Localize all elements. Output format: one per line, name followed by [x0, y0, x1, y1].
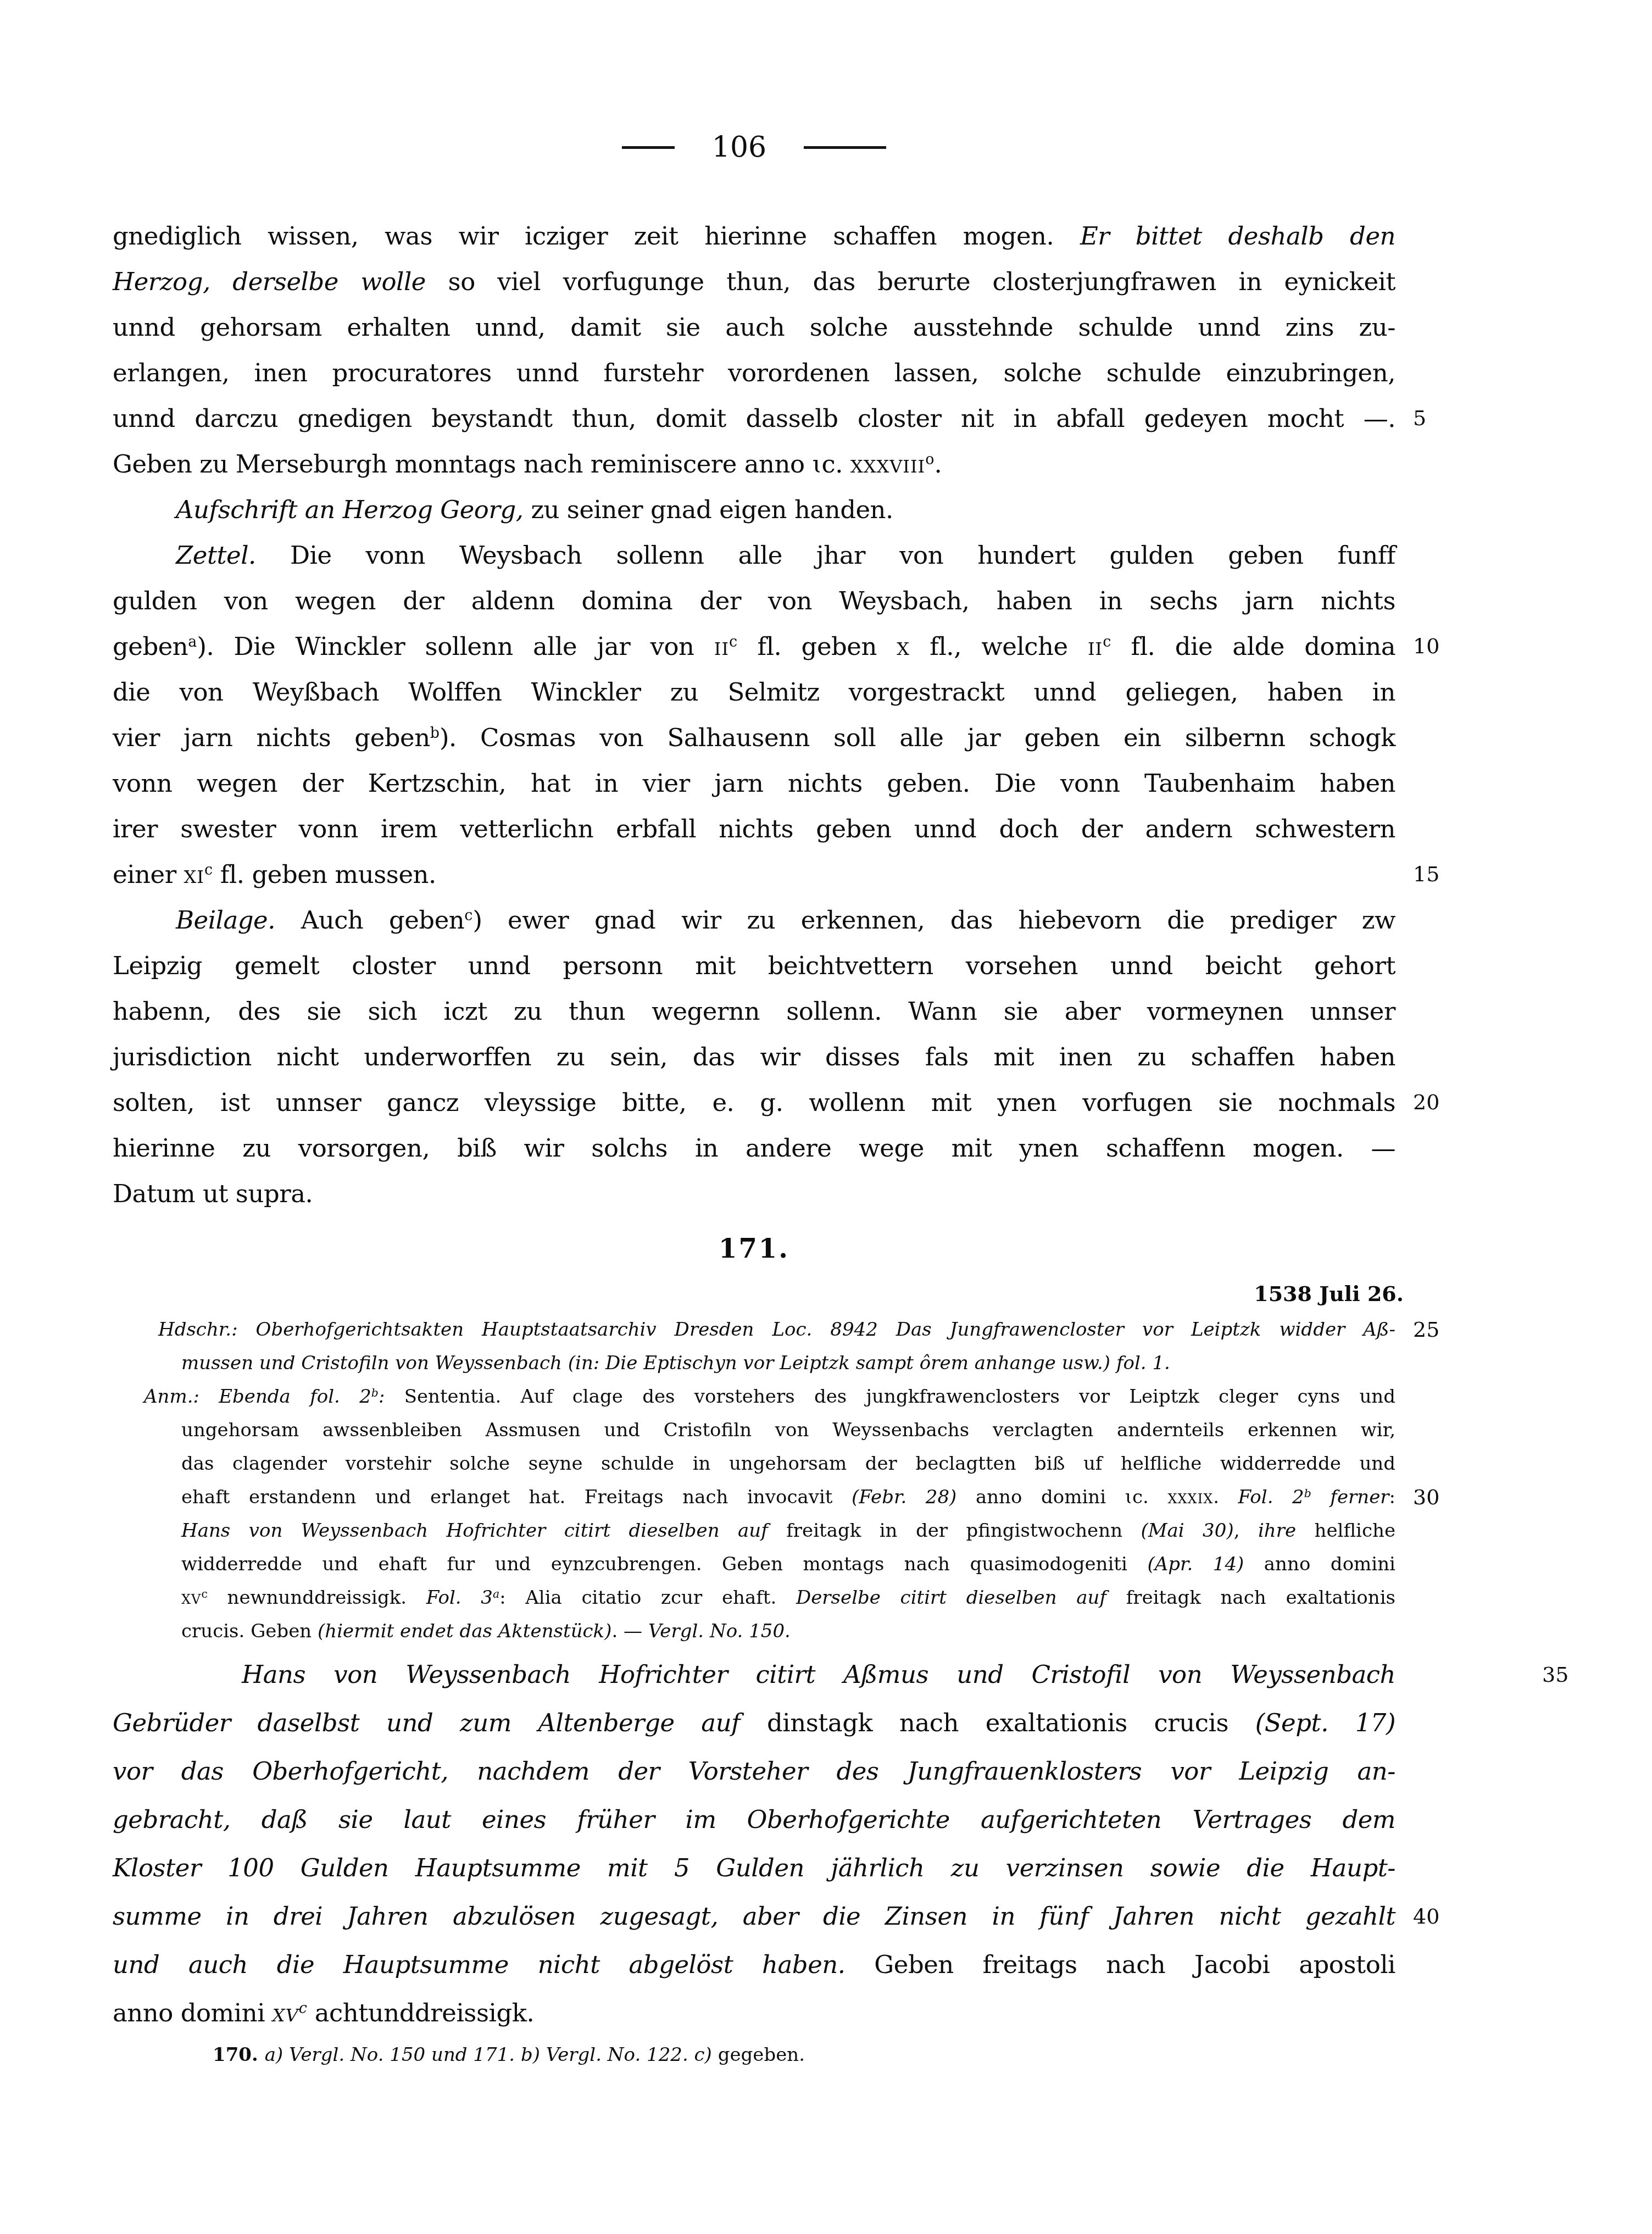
text-line: crucis. Geben (hiermit endet das Aktenst… — [181, 1615, 1395, 1648]
text-segment: (Febr. 28) — [852, 1486, 956, 1508]
text-segment: xv — [181, 1587, 201, 1609]
text-segment: gegeben. — [718, 2044, 805, 2066]
text-segment: Zettel. — [176, 541, 290, 570]
text-segment: habenn, des sie sich iczt zu thun wegern… — [113, 997, 1395, 1026]
text-line: irer swester vonn irem vetterlichn erbfa… — [113, 806, 1395, 852]
text-segment: vonn wegen der Kertzschin, hat in vier j… — [113, 769, 1395, 798]
text-line: habenn, des sie sich iczt zu thun wegern… — [113, 988, 1395, 1034]
text-segment: b — [371, 1386, 379, 1399]
text-line: xvc newnunddreissigk. Fol. 3a: Alia cita… — [181, 1581, 1395, 1615]
text-line: Hans von Weyssenbach Hofrichter citirt d… — [181, 1514, 1395, 1548]
text-segment: (Mai 30) — [1141, 1520, 1233, 1542]
text-line: gebena). Die Winckler sollenn alle jar v… — [113, 624, 1395, 669]
text-line: hierinne zu vorsorgen, biß wir solchs in… — [113, 1125, 1395, 1171]
text-segment: einer — [113, 860, 183, 889]
text-line: gnediglich wissen, was wir icziger zeit … — [113, 213, 1395, 259]
text-line: Beilage. Auch gebenc) ewer gnad wir zu e… — [113, 897, 1395, 943]
header-rule-right — [804, 146, 886, 149]
text-segment: ferner — [1311, 1486, 1389, 1508]
text-line: erlangen, inen procuratores unnd fursteh… — [113, 350, 1395, 396]
text-line: Hdschr.: Oberhofgerichtsakten Hauptstaat… — [158, 1313, 1395, 1347]
text-segment: x — [897, 632, 910, 661]
text-segment: unnd gehorsam erhalten unnd, damit sie a… — [113, 313, 1395, 342]
text-segment: o — [925, 451, 934, 468]
text-segment: a — [188, 633, 197, 651]
text-segment: freitagk in der pfingistwochenn — [786, 1520, 1141, 1542]
text-segment: c — [464, 907, 472, 924]
text-segment: Fol. 3 — [426, 1587, 493, 1609]
text-line: Kloster 100 Gulden Hauptsumme mit 5 Guld… — [113, 1844, 1395, 1892]
text-segment: ). Cosmas von Salhausenn soll alle jar g… — [440, 723, 1395, 752]
text-segment: anno domini — [113, 1998, 272, 2027]
entry-171-summary-text: Hans von Weyssenbach Hofrichter citirt A… — [113, 1651, 1395, 2037]
text-segment: Datum ut supra. — [113, 1179, 313, 1208]
text-segment: Derselbe citirt dieselben auf — [796, 1587, 1126, 1609]
text-segment: vier jarn nichts geben — [113, 723, 430, 752]
running-head: 106 — [113, 131, 1395, 164]
text-segment: , — [1234, 1520, 1258, 1542]
text-segment: das clagender vorstehir solche seyne sch… — [181, 1453, 1395, 1475]
text-line: gulden von wegen der aldenn domina der v… — [113, 578, 1395, 624]
text-segment: geben — [113, 632, 188, 661]
text-line: gebracht, daß sie laut eines früher im O… — [113, 1796, 1395, 1844]
margin-line-number: 5 — [1413, 396, 1426, 441]
text-segment: ) ewer gnad wir zu erkennen, das hiebevo… — [472, 905, 1395, 935]
text-line: die von Weyßbach Wolffen Winckler zu Sel… — [113, 669, 1395, 715]
text-segment: fl. die alde domina — [1111, 632, 1395, 661]
text-segment: fl. geben mussen. — [213, 860, 436, 889]
text-segment: mussen und Cristofiln von Weyssenbach (i… — [181, 1352, 1170, 1374]
text-line: einer xic fl. geben mussen.15 — [113, 852, 1395, 897]
margin-line-number: 25 — [1413, 1313, 1439, 1347]
text-segment: 170. — [213, 2044, 265, 2066]
text-segment: Sententia. Auf clage des vorstehers des … — [404, 1386, 1395, 1408]
margin-line-number: 40 — [1413, 1892, 1439, 1941]
text-segment: b — [1304, 1487, 1311, 1500]
text-segment: ehaft erstandenn und erlanget hat. Freit… — [181, 1486, 852, 1508]
text-segment: Er bittet deshalb den — [1080, 221, 1395, 251]
text-segment: summe in drei Jahren abzulösen zugesagt,… — [113, 1902, 1395, 1931]
doc-170-footnotes: 170. a) Vergl. No. 150 und 171. b) Vergl… — [113, 2038, 1395, 2071]
text-line: Anm.: Ebenda fol. 2b: Sententia. Auf cla… — [144, 1380, 1395, 1414]
text-segment: c — [204, 862, 213, 879]
text-segment: jurisdiction nicht underworffen zu sein,… — [113, 1042, 1395, 1071]
text-segment: newnunddreissigk. — [208, 1587, 426, 1609]
text-line: Hans von Weyssenbach Hofrichter citirt A… — [113, 1651, 1395, 1699]
text-line: 170. a) Vergl. No. 150 und 171. b) Vergl… — [213, 2038, 1395, 2071]
text-line: das clagender vorstehir solche seyne sch… — [181, 1447, 1395, 1481]
margin-line-number: 15 — [1413, 852, 1439, 897]
text-segment: anno domini ɩc. — [956, 1486, 1167, 1508]
text-line: vier jarn nichts gebenb). Cosmas von Sal… — [113, 715, 1395, 760]
margin-line-number: 10 — [1413, 624, 1439, 669]
text-segment: ungehorsam awssenbleiben Assmusen und Cr… — [181, 1419, 1395, 1441]
doc-170-body-text: gnediglich wissen, was wir icziger zeit … — [113, 213, 1395, 1216]
text-line: vor das Oberhofgericht, nachdem der Vors… — [113, 1747, 1395, 1796]
text-segment: (Sept. 17) — [1255, 1708, 1395, 1737]
text-segment: unnd darczu gnedigen beystandt thun, dom… — [113, 404, 1395, 433]
text-segment: irer swester vonn irem vetterlichn erbfa… — [113, 814, 1395, 843]
text-segment: Beilage. — [176, 905, 301, 935]
text-line: mussen und Cristofiln von Weyssenbach (i… — [181, 1347, 1395, 1380]
scanned-book-page: 106 gnediglich wissen, was wir icziger z… — [0, 0, 1652, 2234]
text-segment: Hans von Weyssenbach Hofrichter citirt d… — [181, 1520, 786, 1542]
text-line: Zettel. Die vonn Weysbach sollenn alle j… — [113, 532, 1395, 578]
text-line: Geben zu Merseburgh monntags nach remini… — [113, 441, 1395, 487]
text-segment: widderredde und ehaft fur und eynzcubren… — [181, 1553, 1147, 1575]
text-segment: helfliche — [1296, 1520, 1395, 1542]
text-segment: c — [299, 2000, 307, 2017]
text-segment: : — [379, 1386, 404, 1408]
text-line: anno domini xvc achtunddreissigk. — [113, 1989, 1395, 2037]
text-segment: xv — [272, 1998, 299, 2027]
text-segment: Fol. 2 — [1238, 1486, 1304, 1508]
text-segment: ii — [1088, 632, 1103, 661]
text-line: widderredde und ehaft fur und eynzcubren… — [181, 1548, 1395, 1581]
text-segment: (hiermit endet das Aktenstück) — [318, 1620, 611, 1642]
text-segment: ). Die Winckler sollenn alle jar von — [197, 632, 714, 661]
text-segment: die von Weyßbach Wolffen Winckler zu Sel… — [113, 677, 1395, 707]
text-segment: xi — [183, 860, 204, 889]
text-segment: Auch geben — [301, 905, 465, 935]
text-line: vonn wegen der Kertzschin, hat in vier j… — [113, 760, 1395, 806]
text-segment: ii — [714, 632, 729, 661]
text-line: ungehorsam awssenbleiben Assmusen und Cr… — [181, 1414, 1395, 1447]
text-segment: Die vonn Weysbach sollenn alle jhar von … — [290, 541, 1395, 570]
text-segment: c — [729, 633, 737, 651]
text-segment: . — [935, 449, 942, 479]
text-segment: Hans von Weyssenbach Hofrichter citirt A… — [242, 1660, 1395, 1689]
text-segment: vor das Oberhofgericht, nachdem der Vors… — [113, 1757, 1395, 1786]
text-segment: so viel vorfugunge thun, das berurte clo… — [448, 267, 1395, 296]
text-line: summe in drei Jahren abzulösen zugesagt,… — [113, 1892, 1395, 1941]
text-segment: und auch die Hauptsumme nicht abgelöst h… — [113, 1950, 874, 1979]
text-line: solten, ist unnser gancz vleyssige bitte… — [113, 1080, 1395, 1125]
text-segment: a) Vergl. No. 150 und 171. b) Vergl. No.… — [265, 2044, 718, 2066]
text-line: unnd gehorsam erhalten unnd, damit sie a… — [113, 304, 1395, 350]
text-segment: : — [1389, 1486, 1395, 1508]
header-rule-left — [622, 146, 675, 149]
text-segment: Hdschr.: Oberhofgerichtsakten Hauptstaat… — [158, 1319, 1395, 1341]
text-segment: crucis. Geben — [181, 1620, 318, 1642]
text-segment: . — — [611, 1620, 648, 1642]
text-line: ehaft erstandenn und erlanget hat. Freit… — [181, 1481, 1395, 1514]
text-segment: c — [1103, 633, 1111, 651]
text-segment: anno domini — [1244, 1553, 1395, 1575]
text-line: Gebrüder daselbst und zum Altenberge auf… — [113, 1699, 1395, 1747]
text-line: unnd darczu gnedigen beystandt thun, dom… — [113, 396, 1395, 441]
text-segment: freitagk nach exaltationis — [1126, 1587, 1395, 1609]
entry-171-date-heading: 1538 Juli 26. — [113, 1281, 1404, 1306]
margin-line-number: 20 — [1413, 1080, 1439, 1125]
text-segment: solten, ist unnser gancz vleyssige bitte… — [113, 1088, 1395, 1117]
text-segment: Vergl. No. 150. — [648, 1620, 791, 1642]
text-segment: Aufschrift an Herzog Georg, — [176, 495, 531, 524]
text-segment: dinstagk nach exaltationis crucis — [767, 1708, 1255, 1737]
text-segment: (Apr. 14) — [1147, 1553, 1244, 1575]
text-line: und auch die Hauptsumme nicht abgelöst h… — [113, 1941, 1395, 1989]
text-segment: xxxix — [1167, 1486, 1213, 1508]
margin-line-number: 35 — [1413, 1651, 1568, 1699]
text-segment: gebracht, daß sie laut eines früher im O… — [113, 1805, 1395, 1834]
text-line: Leipzig gemelt closter unnd personn mit … — [113, 943, 1395, 988]
text-segment: gnediglich wissen, was wir icziger zeit … — [113, 221, 1080, 251]
text-segment: Herzog, derselbe wolle — [113, 267, 448, 296]
text-segment: Geben freitags nach Jacobi apostoli — [874, 1950, 1395, 1979]
entry-171-source-apparatus: Hdschr.: Oberhofgerichtsakten Hauptstaat… — [142, 1313, 1395, 1648]
text-segment: gulden von wegen der aldenn domina der v… — [113, 586, 1395, 615]
text-segment: c — [201, 1587, 207, 1601]
margin-line-number: 30 — [1413, 1481, 1439, 1514]
text-segment: . — [1213, 1486, 1238, 1508]
text-segment: Geben zu Merseburgh monntags nach remini… — [113, 449, 850, 479]
text-segment: a — [493, 1587, 499, 1601]
text-line: Datum ut supra. — [113, 1171, 1395, 1216]
text-segment: fl., welche — [910, 632, 1088, 661]
text-segment: : Alia citatio zcur ehaft. — [499, 1587, 796, 1609]
text-segment: xxxviii — [850, 449, 925, 479]
text-segment: fl. geben — [737, 632, 897, 661]
text-segment: b — [430, 725, 440, 742]
text-segment: zu seiner gnad eigen handen. — [531, 495, 893, 524]
text-segment: ihre — [1258, 1520, 1296, 1542]
text-segment: Kloster 100 Gulden Hauptsumme mit 5 Guld… — [113, 1853, 1395, 1882]
text-line: Aufschrift an Herzog Georg, zu seiner gn… — [113, 487, 1395, 532]
text-segment: achtunddreissigk. — [307, 1998, 534, 2027]
text-segment: Anm.: Ebenda fol. 2 — [144, 1386, 371, 1408]
text-segment: Leipzig gemelt closter unnd personn mit … — [113, 951, 1395, 980]
text-line: jurisdiction nicht underworffen zu sein,… — [113, 1034, 1395, 1080]
entry-171-number-heading: 171. — [113, 1233, 1395, 1264]
text-line: Herzog, derselbe wolle so viel vorfugung… — [113, 259, 1395, 304]
folio-number: 106 — [712, 131, 766, 164]
text-segment: Gebrüder daselbst und zum Altenberge auf — [113, 1708, 767, 1737]
text-segment: erlangen, inen procuratores unnd fursteh… — [113, 358, 1395, 387]
text-segment: hierinne zu vorsorgen, biß wir solchs in… — [113, 1133, 1395, 1163]
